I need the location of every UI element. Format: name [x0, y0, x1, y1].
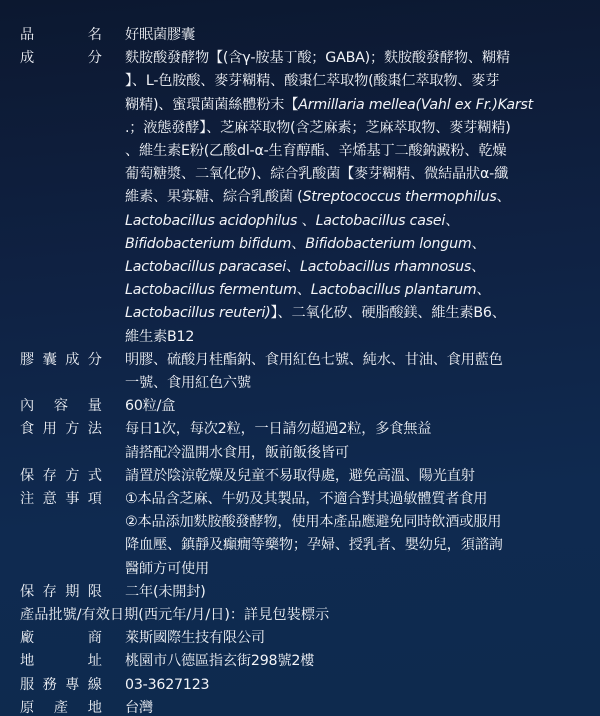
spec-value: 桃園市八德區指玄街298號2樓 [125, 650, 590, 673]
label-char: 線 [88, 674, 102, 697]
label-char: 務 [43, 674, 57, 697]
label-char: 限 [88, 581, 102, 604]
label-char: 廠 [20, 627, 34, 650]
value-line: 、維生素E粉(乙酸dl-α-生育醇酯、辛烯基丁二酸鈉澱粉、乾燥 [125, 140, 590, 163]
spec-value: ①本品含芝麻、牛奶及其製品，不適合對其過敏體質者食用②本品添加麩胺酸發酵物，使用… [125, 488, 590, 581]
label-char: 法 [88, 418, 102, 464]
value-line: 二年(未開封) [125, 581, 590, 604]
value-line: 03-3627123 [125, 674, 590, 697]
value-line: 桃園市八德區指玄街298號2樓 [125, 650, 590, 673]
spec-label: 成分 [20, 47, 125, 349]
value-line: 麩胺酸發酵物【(含γ-胺基丁酸；GABA)；麩胺酸發酵物、糊精 [125, 47, 590, 70]
spec-value: 03-3627123 [125, 674, 590, 697]
label-char: 式 [88, 465, 102, 488]
label-char: 方 [65, 418, 79, 464]
spec-label: 品名 [20, 24, 125, 47]
spec-value: 萊斯國際生技有限公司 [125, 627, 590, 650]
value-line: Lactobacillus reuteri)】、二氧化矽、硬脂酸鎂、維生素B6、 [125, 302, 590, 325]
spec-row: 地址桃園市八德區指玄街298號2樓 [20, 650, 590, 673]
label-char: 址 [88, 650, 102, 673]
label-char: 內 [20, 395, 34, 418]
value-line: 好眠菌膠囊 [125, 24, 590, 47]
label-char: 食 [20, 418, 34, 464]
spec-label: 食用方法 [20, 418, 125, 464]
label-char: 原 [20, 697, 34, 716]
value-line: 請置於陰涼乾燥及兒童不易取得處，避免高溫、陽光直射 [125, 465, 590, 488]
value-line: 糊精)、蜜環菌菌絲體粉末【Armillaria mellea(Vahl ex F… [125, 94, 590, 117]
spec-value: 每日1次，每次2粒，一日請勿超過2粒，多食無益請搭配冷溫開水食用，飯前飯後皆可 [125, 418, 590, 464]
spec-value: 請置於陰涼乾燥及兒童不易取得處，避免高溫、陽光直射 [125, 465, 590, 488]
label-char: 注 [20, 488, 34, 581]
company-rows: 廠商萊斯國際生技有限公司地址桃園市八德區指玄街298號2樓服務專線03-3627… [20, 627, 590, 716]
value-line: 明膠、硫酸月桂酯鈉、食用紅色七號、純水、甘油、食用藍色 [125, 349, 590, 372]
spec-label: 地址 [20, 650, 125, 673]
spec-label: 保存期限 [20, 581, 125, 604]
value-line: Bifidobacterium bifidum、Bifidobacterium … [125, 233, 590, 256]
spec-value: 60粒/盒 [125, 395, 590, 418]
value-line: 60粒/盒 [125, 395, 590, 418]
spec-label: 廠商 [20, 627, 125, 650]
label-char: 服 [20, 674, 34, 697]
batch-info-row: 產品批號/有效日期(西元年/月/日)：詳見包裝標示 [20, 604, 590, 627]
label-char: 量 [88, 395, 102, 418]
spec-value: 台灣 [125, 697, 590, 716]
spec-row: 成分麩胺酸發酵物【(含γ-胺基丁酸；GABA)；麩胺酸發酵物、糊精】、L-色胺酸… [20, 47, 590, 349]
value-line: 維生素B12 [125, 326, 590, 349]
value-line: 維素、果寡糖、綜合乳酸菌 (Streptococcus thermophilus… [125, 186, 590, 209]
value-line: Lactobacillus acidophilus 、Lactobacillus… [125, 210, 590, 233]
spec-value: 明膠、硫酸月桂酯鈉、食用紅色七號、純水、甘油、食用藍色一號、食用紅色六號 [125, 349, 590, 395]
value-line: ②本品添加麩胺酸發酵物，使用本產品應避免同時飲酒或服用 [125, 511, 590, 534]
label-char: 意 [43, 488, 57, 581]
spec-label: 注意事項 [20, 488, 125, 581]
label-char: 成 [20, 47, 34, 349]
spec-label: 原產地 [20, 697, 125, 716]
spec-label: 保存方式 [20, 465, 125, 488]
label-char: 產 [54, 697, 68, 716]
label-char: 事 [65, 488, 79, 581]
spec-row: 膠囊成分明膠、硫酸月桂酯鈉、食用紅色七號、純水、甘油、食用藍色一號、食用紅色六號 [20, 349, 590, 395]
product-label-sheet: 品名好眠菌膠囊成分麩胺酸發酵物【(含γ-胺基丁酸；GABA)；麩胺酸發酵物、糊精… [20, 24, 590, 716]
label-char: 地 [20, 650, 34, 673]
spec-value: 二年(未開封) [125, 581, 590, 604]
label-char: 容 [54, 395, 68, 418]
value-line: 萊斯國際生技有限公司 [125, 627, 590, 650]
spec-row: 服務專線03-3627123 [20, 674, 590, 697]
spec-label: 內容量 [20, 395, 125, 418]
label-char: 成 [65, 349, 79, 395]
spec-row: 保存方式請置於陰涼乾燥及兒童不易取得處，避免高溫、陽光直射 [20, 465, 590, 488]
spec-row: 原產地台灣 [20, 697, 590, 716]
label-char: 保 [20, 581, 34, 604]
value-line: .；液態發酵】、芝麻萃取物(含芝麻素；芝麻萃取物、麥芽糊精) [125, 117, 590, 140]
label-char: 囊 [43, 349, 57, 395]
label-char: 存 [43, 581, 57, 604]
label-char: 存 [43, 465, 57, 488]
label-char: 商 [88, 627, 102, 650]
spec-value: 麩胺酸發酵物【(含γ-胺基丁酸；GABA)；麩胺酸發酵物、糊精】、L-色胺酸、麥… [125, 47, 590, 349]
spec-row: 注意事項①本品含芝麻、牛奶及其製品，不適合對其過敏體質者食用②本品添加麩胺酸發酵… [20, 488, 590, 581]
label-char: 名 [88, 24, 102, 47]
label-char: 專 [65, 674, 79, 697]
spec-rows: 品名好眠菌膠囊成分麩胺酸發酵物【(含γ-胺基丁酸；GABA)；麩胺酸發酵物、糊精… [20, 24, 590, 604]
spec-row: 廠商萊斯國際生技有限公司 [20, 627, 590, 650]
label-char: 用 [43, 418, 57, 464]
value-line: 】、L-色胺酸、麥芽糊精、酸棗仁萃取物(酸棗仁萃取物、麥芽 [125, 70, 590, 93]
value-line: Lactobacillus fermentum、Lactobacillus pl… [125, 279, 590, 302]
value-line: Lactobacillus paracasei、Lactobacillus rh… [125, 256, 590, 279]
spec-row: 保存期限二年(未開封) [20, 581, 590, 604]
value-line: 一號、食用紅色六號 [125, 372, 590, 395]
value-line: 降血壓、鎮靜及癲癇等藥物；孕婦、授乳者、嬰幼兒，須諮詢 [125, 534, 590, 557]
label-char: 分 [88, 349, 102, 395]
value-line: 請搭配冷溫開水食用，飯前飯後皆可 [125, 442, 590, 465]
label-char: 品 [20, 24, 34, 47]
label-char: 項 [88, 488, 102, 581]
label-char: 分 [88, 47, 102, 349]
value-line: 葡萄糖漿、二氧化矽)、綜合乳酸菌【麥芽糊精、微結晶狀α-纖 [125, 163, 590, 186]
value-line: 每日1次，每次2粒，一日請勿超過2粒，多食無益 [125, 418, 590, 441]
spec-value: 好眠菌膠囊 [125, 24, 590, 47]
value-line: 醫師方可使用 [125, 558, 590, 581]
label-char: 保 [20, 465, 34, 488]
label-char: 方 [65, 465, 79, 488]
label-char: 膠 [20, 349, 34, 395]
spec-row: 內容量60粒/盒 [20, 395, 590, 418]
value-line: 台灣 [125, 697, 590, 716]
value-line: ①本品含芝麻、牛奶及其製品，不適合對其過敏體質者食用 [125, 488, 590, 511]
spec-row: 食用方法每日1次，每次2粒，一日請勿超過2粒，多食無益請搭配冷溫開水食用，飯前飯… [20, 418, 590, 464]
spec-row: 品名好眠菌膠囊 [20, 24, 590, 47]
label-char: 地 [88, 697, 102, 716]
spec-label: 服務專線 [20, 674, 125, 697]
label-char: 期 [65, 581, 79, 604]
batch-info-text: 產品批號/有效日期(西元年/月/日)：詳見包裝標示 [20, 604, 329, 627]
spec-label: 膠囊成分 [20, 349, 125, 395]
